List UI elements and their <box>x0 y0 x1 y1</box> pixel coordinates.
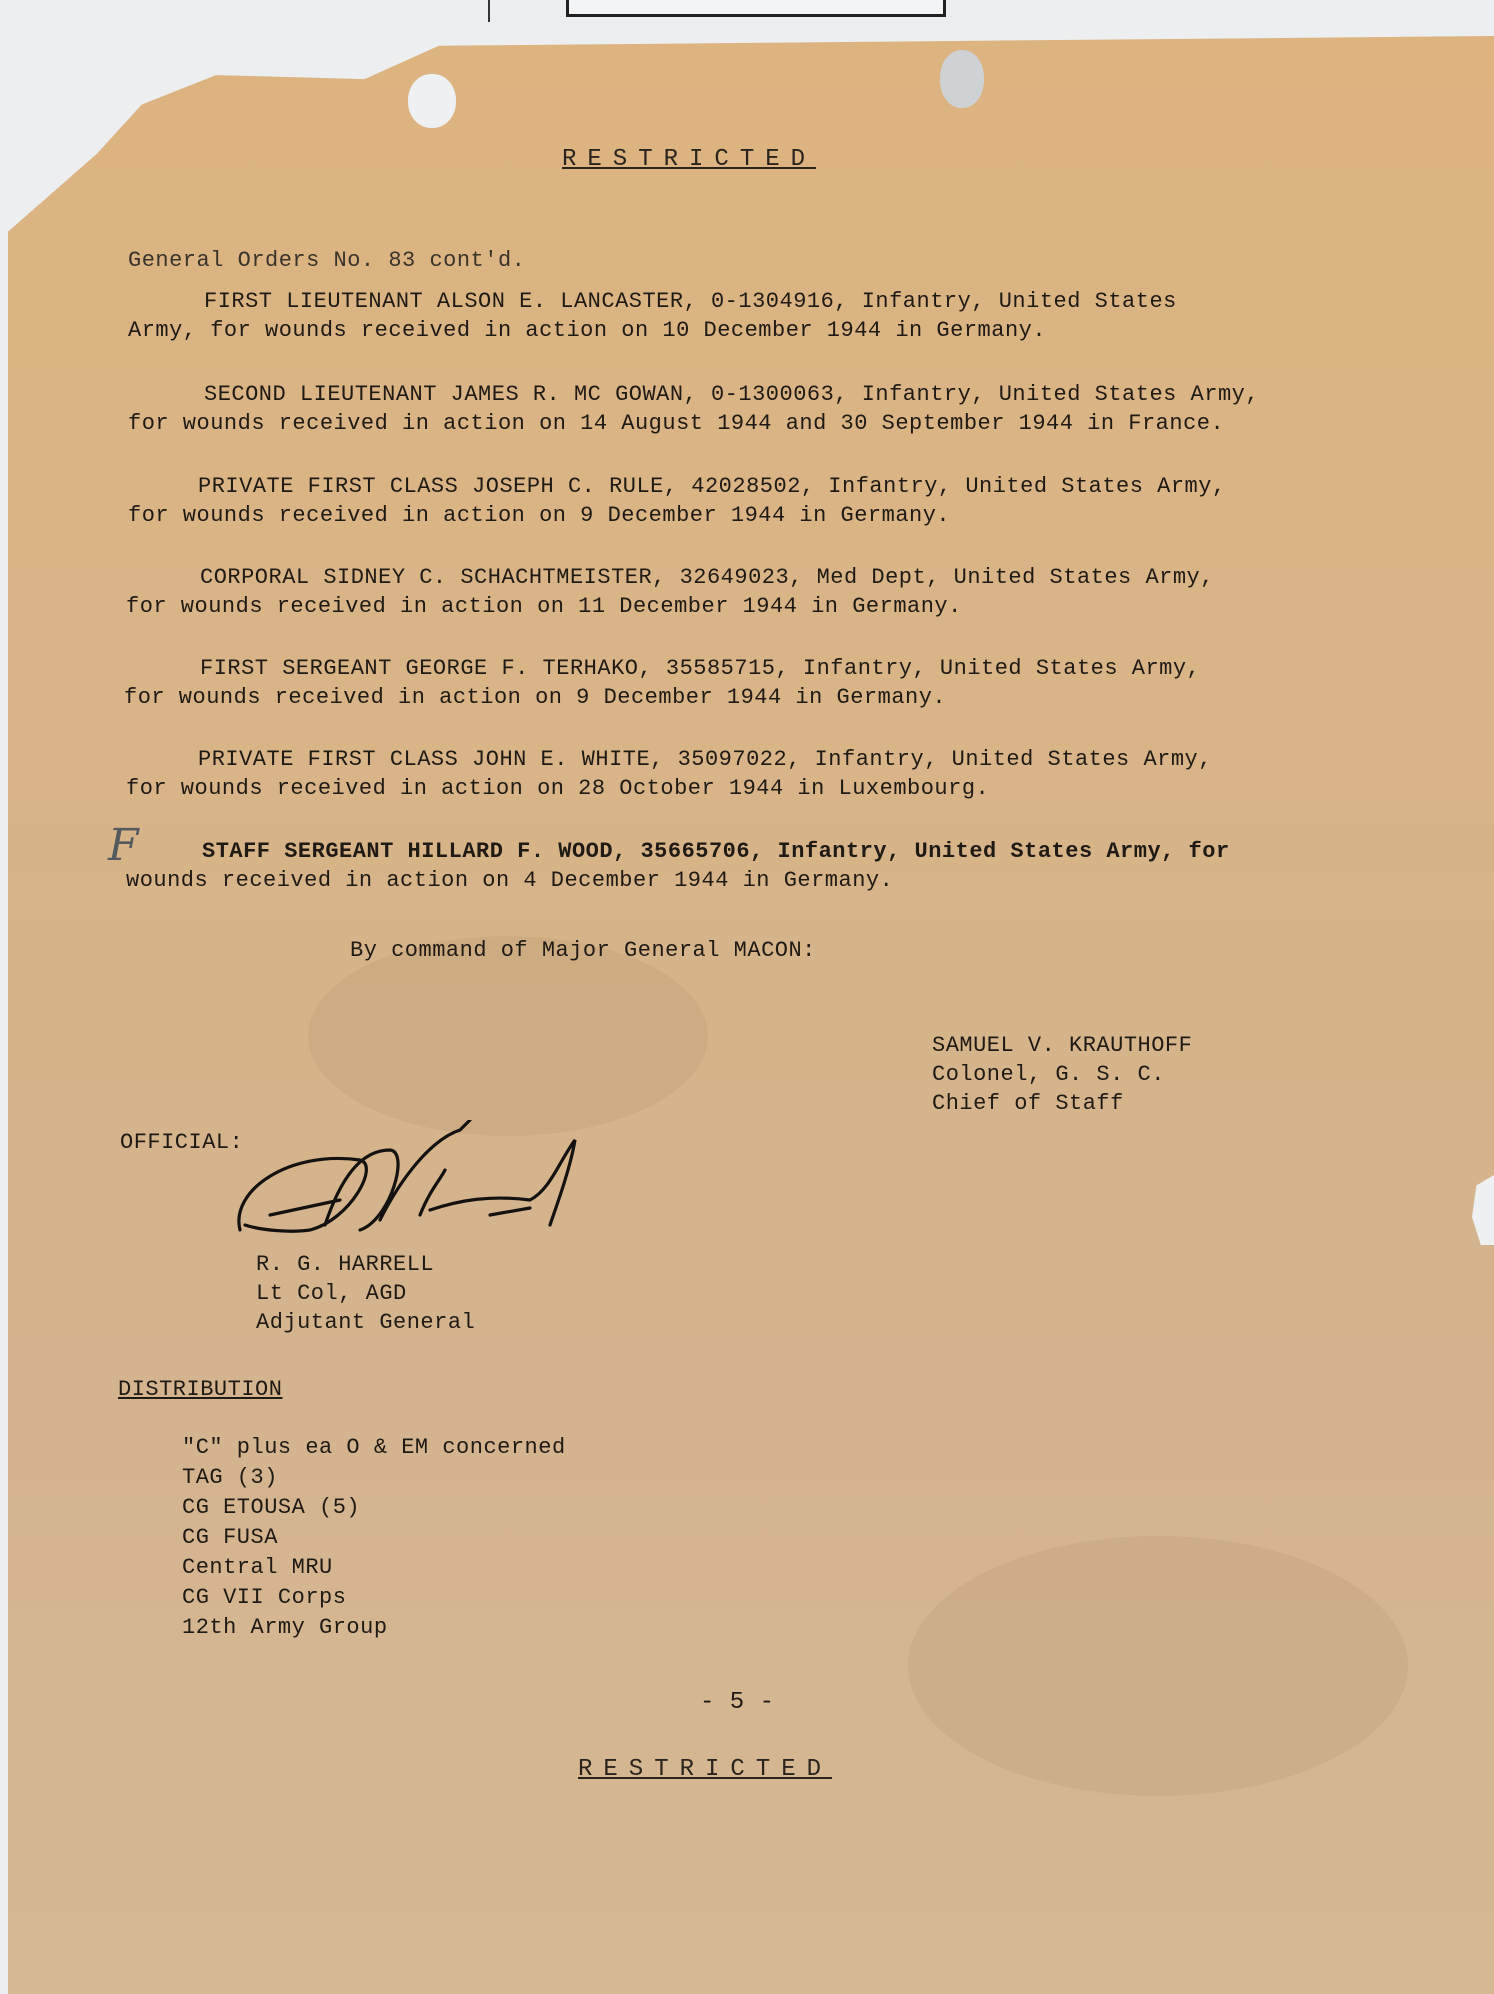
backdrop-pen-mark <box>488 0 490 22</box>
page-number: - 5 - <box>700 1688 775 1717</box>
entry-line-1: FIRST LIEUTENANT ALSON E. LANCASTER, 0-1… <box>204 287 1177 316</box>
entry-line-2: Army, for wounds received in action on 1… <box>128 316 1046 345</box>
distribution-item: Central MRU <box>182 1553 333 1582</box>
entry-line-2: for wounds received in action on 28 Octo… <box>126 774 989 803</box>
distribution-item: CG ETOUSA (5) <box>182 1493 360 1522</box>
signature-image <box>230 1120 590 1250</box>
distribution-item: CG FUSA <box>182 1523 278 1552</box>
entry-line-2: wounds received in action on 4 December … <box>126 866 893 895</box>
chief-of-staff-rank: Colonel, G. S. C. <box>932 1060 1165 1089</box>
paper-stain <box>908 1536 1408 1796</box>
chief-of-staff-name: SAMUEL V. KRAUTHOFF <box>932 1031 1192 1060</box>
entry-line-1: PRIVATE FIRST CLASS JOSEPH C. RULE, 4202… <box>198 472 1226 501</box>
margin-annotation: F <box>108 820 139 871</box>
backdrop-form-box <box>566 0 946 17</box>
command-line: By command of Major General MACON: <box>350 936 816 965</box>
entry-line-2: for wounds received in action on 9 Decem… <box>128 501 950 530</box>
entry-line-1: STAFF SERGEANT HILLARD F. WOOD, 35665706… <box>202 837 1230 866</box>
official-label: OFFICIAL: <box>120 1128 243 1157</box>
adjutant-title: Adjutant General <box>256 1308 475 1337</box>
entry-line-2: for wounds received in action on 14 Augu… <box>128 409 1224 438</box>
entry-line-1: CORPORAL SIDNEY C. SCHACHTMEISTER, 32649… <box>200 563 1214 592</box>
continuation-line: General Orders No. 83 cont'd. <box>128 246 525 275</box>
entry-line-1: PRIVATE FIRST CLASS JOHN E. WHITE, 35097… <box>198 745 1212 774</box>
distribution-item: 12th Army Group <box>182 1613 388 1642</box>
paper-stain <box>308 936 708 1136</box>
entry-line-2: for wounds received in action on 9 Decem… <box>124 683 946 712</box>
distribution-item: "C" plus ea O & EM concerned <box>182 1433 566 1462</box>
entry-line-1: FIRST SERGEANT GEORGE F. TERHAKO, 355857… <box>200 654 1200 683</box>
entry-line-1: SECOND LIEUTENANT JAMES R. MC GOWAN, 0-1… <box>204 380 1259 409</box>
header-classification: RESTRICTED <box>562 146 816 173</box>
chief-of-staff-title: Chief of Staff <box>932 1089 1124 1118</box>
adjutant-name: R. G. HARRELL <box>256 1250 434 1279</box>
adjutant-rank: Lt Col, AGD <box>256 1279 407 1308</box>
punch-hole-left <box>408 74 456 128</box>
distribution-item: TAG (3) <box>182 1463 278 1492</box>
punch-hole-right <box>940 50 984 108</box>
distribution-heading: DISTRIBUTION <box>118 1375 282 1404</box>
distribution-item: CG VII Corps <box>182 1583 346 1612</box>
entry-line-2: for wounds received in action on 11 Dece… <box>126 592 962 621</box>
footer-classification: RESTRICTED <box>578 1756 832 1783</box>
